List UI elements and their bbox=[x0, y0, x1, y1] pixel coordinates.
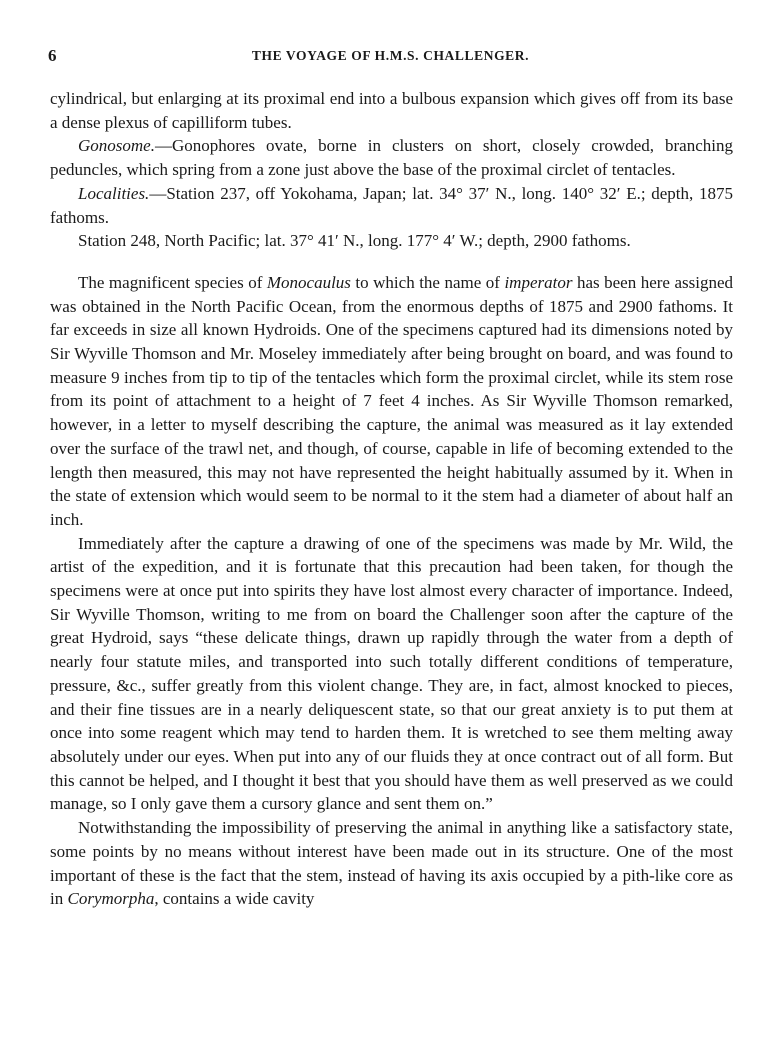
page-header: 6 THE VOYAGE OF H.M.S. CHALLENGER. bbox=[48, 46, 733, 68]
section-label-localities: Localities. bbox=[78, 184, 149, 203]
species-name-imperator: imperator bbox=[504, 273, 572, 292]
paragraph-magnificent-species: The magnificent species of Monocaulus to… bbox=[50, 271, 733, 532]
paragraph-localities: Localities.—Station 237, off Yokohama, J… bbox=[50, 182, 733, 229]
paragraph-station-248: Station 248, North Pacific; lat. 37° 41′… bbox=[50, 229, 733, 253]
paragraph-gonosome: Gonosome.—Gonophores ovate, borne in clu… bbox=[50, 134, 733, 181]
paragraph-drawing: Immediately after the capture a drawing … bbox=[50, 532, 733, 816]
text-run: to which the name of bbox=[351, 273, 505, 292]
text-run: —Station 237, off Yokohama, Japan; lat. … bbox=[50, 184, 733, 227]
paragraph-continuation: cylindrical, but enlarging at its proxim… bbox=[50, 87, 733, 134]
paragraph-notwithstanding: Notwithstanding the impossibility of pre… bbox=[50, 816, 733, 911]
genus-name-monocaulus: Monocaulus bbox=[267, 273, 351, 292]
text-run: Station 248, North Pacific; lat. 37° 41′… bbox=[78, 231, 631, 250]
page-body: cylindrical, but enlarging at its proxim… bbox=[50, 87, 733, 911]
genus-name-corymorpha: Corymorpha bbox=[67, 889, 154, 908]
text-run: , contains a wide cavity bbox=[154, 889, 314, 908]
running-title: THE VOYAGE OF H.M.S. CHALLENGER. bbox=[48, 48, 733, 64]
text-run: The magnificent species of bbox=[78, 273, 267, 292]
text-run: has been here assigned was obtained in t… bbox=[50, 273, 733, 529]
text-run: cylindrical, but enlarging at its proxim… bbox=[50, 89, 733, 132]
text-run: Immediately after the capture a drawing … bbox=[50, 534, 733, 814]
section-label-gonosome: Gonosome. bbox=[78, 136, 155, 155]
